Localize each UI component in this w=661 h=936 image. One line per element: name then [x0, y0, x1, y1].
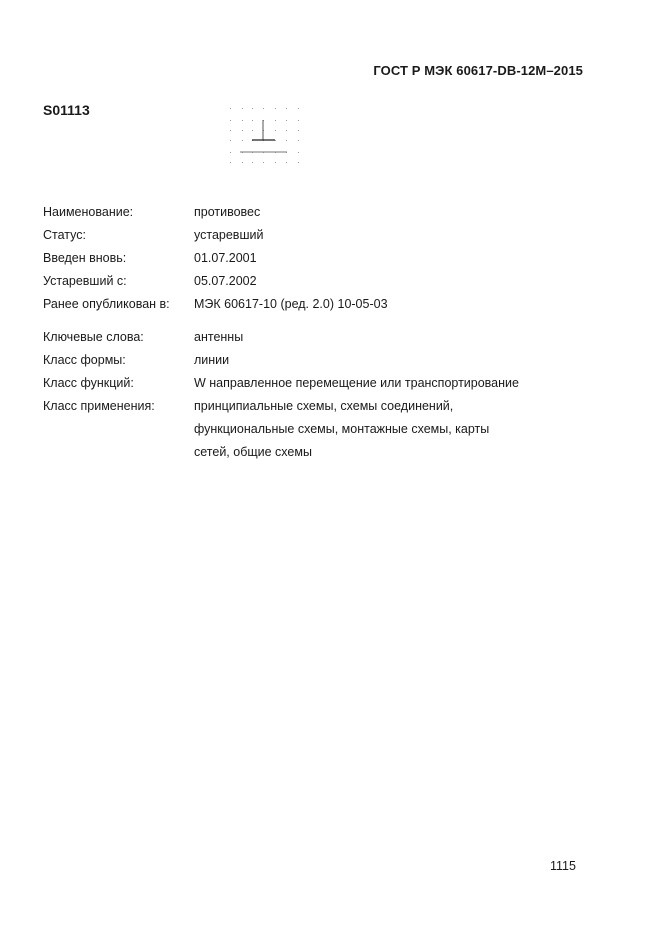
- symbol-code: S01113: [43, 102, 90, 118]
- counterpoise-symbol-icon: [222, 100, 308, 170]
- standard-header: ГОСТ Р МЭК 60617-DB-12M–2015: [373, 63, 583, 78]
- page-number: 1115: [550, 859, 576, 873]
